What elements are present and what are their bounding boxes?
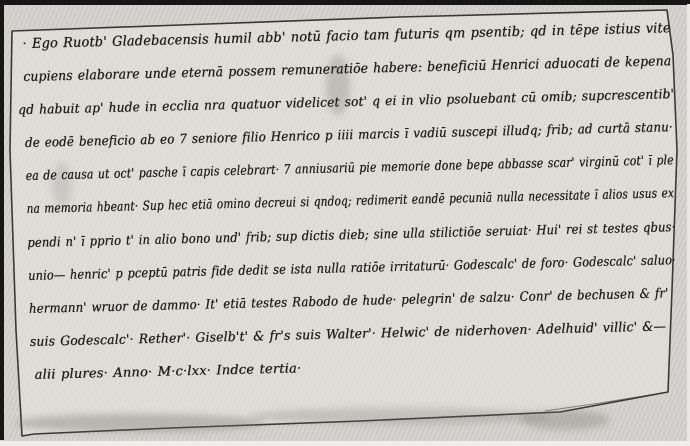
photo-frame-left: [0, 0, 4, 440]
charter-photo: · Ego Ruotb' Gladebacensis humil abb' no…: [0, 0, 690, 446]
bottom-mottle-left: [15, 414, 265, 432]
bottom-mottle-corner: [520, 410, 610, 430]
bottom-mottle-mid: [250, 408, 550, 424]
charter-text: · Ego Ruotb' Gladebacensis humil abb' no…: [22, 10, 683, 390]
photo-frame-bottom: [0, 441, 690, 446]
photo-frame-top: [0, 0, 690, 5]
